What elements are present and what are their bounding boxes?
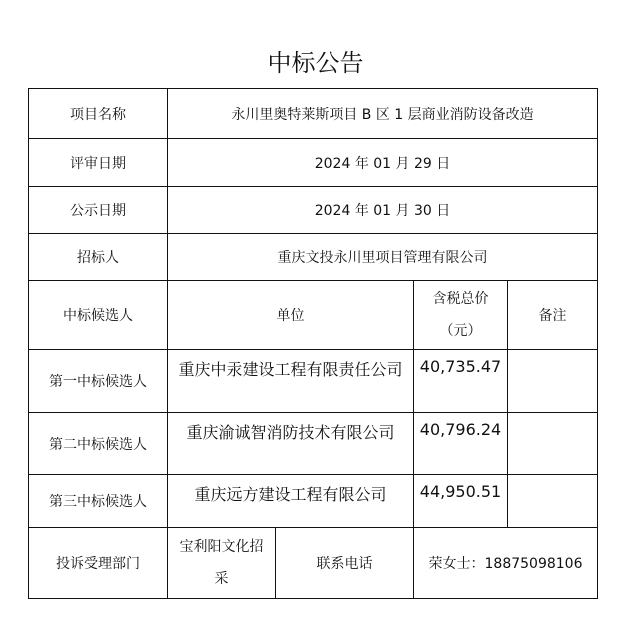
unit-header: 单位 bbox=[168, 281, 414, 350]
candidate-remark bbox=[508, 413, 598, 475]
public-date-value: 2024 年 01 月 30 日 bbox=[168, 187, 598, 234]
candidate-unit: 重庆渝诚智消防技术有限公司 bbox=[168, 413, 414, 475]
complaint-dept-line1: 宝利阳文化招 bbox=[168, 531, 275, 563]
candidate-price: 44,950.51 bbox=[414, 475, 508, 528]
candidate-unit: 重庆中汞建设工程有限责任公司 bbox=[168, 350, 414, 413]
complaint-label: 投诉受理部门 bbox=[29, 528, 168, 599]
candidate-remark bbox=[508, 350, 598, 413]
candidate-unit: 重庆远方建设工程有限公司 bbox=[168, 475, 414, 528]
public-date-label: 公示日期 bbox=[29, 187, 168, 234]
project-name-value: 永川里奥特莱斯项目 B 区 1 层商业消防设备改造 bbox=[168, 89, 598, 139]
row-candidates-header: 中标候选人 单位 含税总价 （元） 备注 bbox=[29, 281, 598, 350]
remark-header: 备注 bbox=[508, 281, 598, 350]
candidate-row: 第二中标候选人 重庆渝诚智消防技术有限公司 40,796.24 bbox=[29, 413, 598, 475]
price-header: 含税总价 （元） bbox=[414, 281, 508, 350]
project-name-label: 项目名称 bbox=[29, 89, 168, 139]
candidate-price: 40,735.47 bbox=[414, 350, 508, 413]
candidate-rank: 第二中标候选人 bbox=[29, 413, 168, 475]
review-date-value: 2024 年 01 月 29 日 bbox=[168, 139, 598, 187]
page-title: 中标公告 bbox=[0, 46, 631, 80]
phone-label: 联系电话 bbox=[276, 528, 414, 599]
candidate-remark bbox=[508, 475, 598, 528]
candidate-row: 第一中标候选人 重庆中汞建设工程有限责任公司 40,735.47 bbox=[29, 350, 598, 413]
tenderer-label: 招标人 bbox=[29, 234, 168, 281]
candidate-header: 中标候选人 bbox=[29, 281, 168, 350]
row-tenderer: 招标人 重庆文投永川里项目管理有限公司 bbox=[29, 234, 598, 281]
row-complaint: 投诉受理部门 宝利阳文化招 采 联系电话 荣女士：18875098106 bbox=[29, 528, 598, 599]
phone-value: 荣女士：18875098106 bbox=[414, 528, 598, 599]
row-public-date: 公示日期 2024 年 01 月 30 日 bbox=[29, 187, 598, 234]
price-header-line1: 含税总价 bbox=[414, 283, 507, 315]
candidate-price: 40,796.24 bbox=[414, 413, 508, 475]
tenderer-value: 重庆文投永川里项目管理有限公司 bbox=[168, 234, 598, 281]
candidate-rank: 第一中标候选人 bbox=[29, 350, 168, 413]
review-date-label: 评审日期 bbox=[29, 139, 168, 187]
complaint-dept: 宝利阳文化招 采 bbox=[168, 528, 276, 599]
complaint-dept-line2: 采 bbox=[168, 563, 275, 595]
price-header-line2: （元） bbox=[414, 315, 507, 347]
candidate-row: 第三中标候选人 重庆远方建设工程有限公司 44,950.51 bbox=[29, 475, 598, 528]
candidate-rank: 第三中标候选人 bbox=[29, 475, 168, 528]
award-announcement-table: 项目名称 永川里奥特莱斯项目 B 区 1 层商业消防设备改造 评审日期 2024… bbox=[28, 88, 598, 599]
row-review-date: 评审日期 2024 年 01 月 29 日 bbox=[29, 139, 598, 187]
row-project-name: 项目名称 永川里奥特莱斯项目 B 区 1 层商业消防设备改造 bbox=[29, 89, 598, 139]
